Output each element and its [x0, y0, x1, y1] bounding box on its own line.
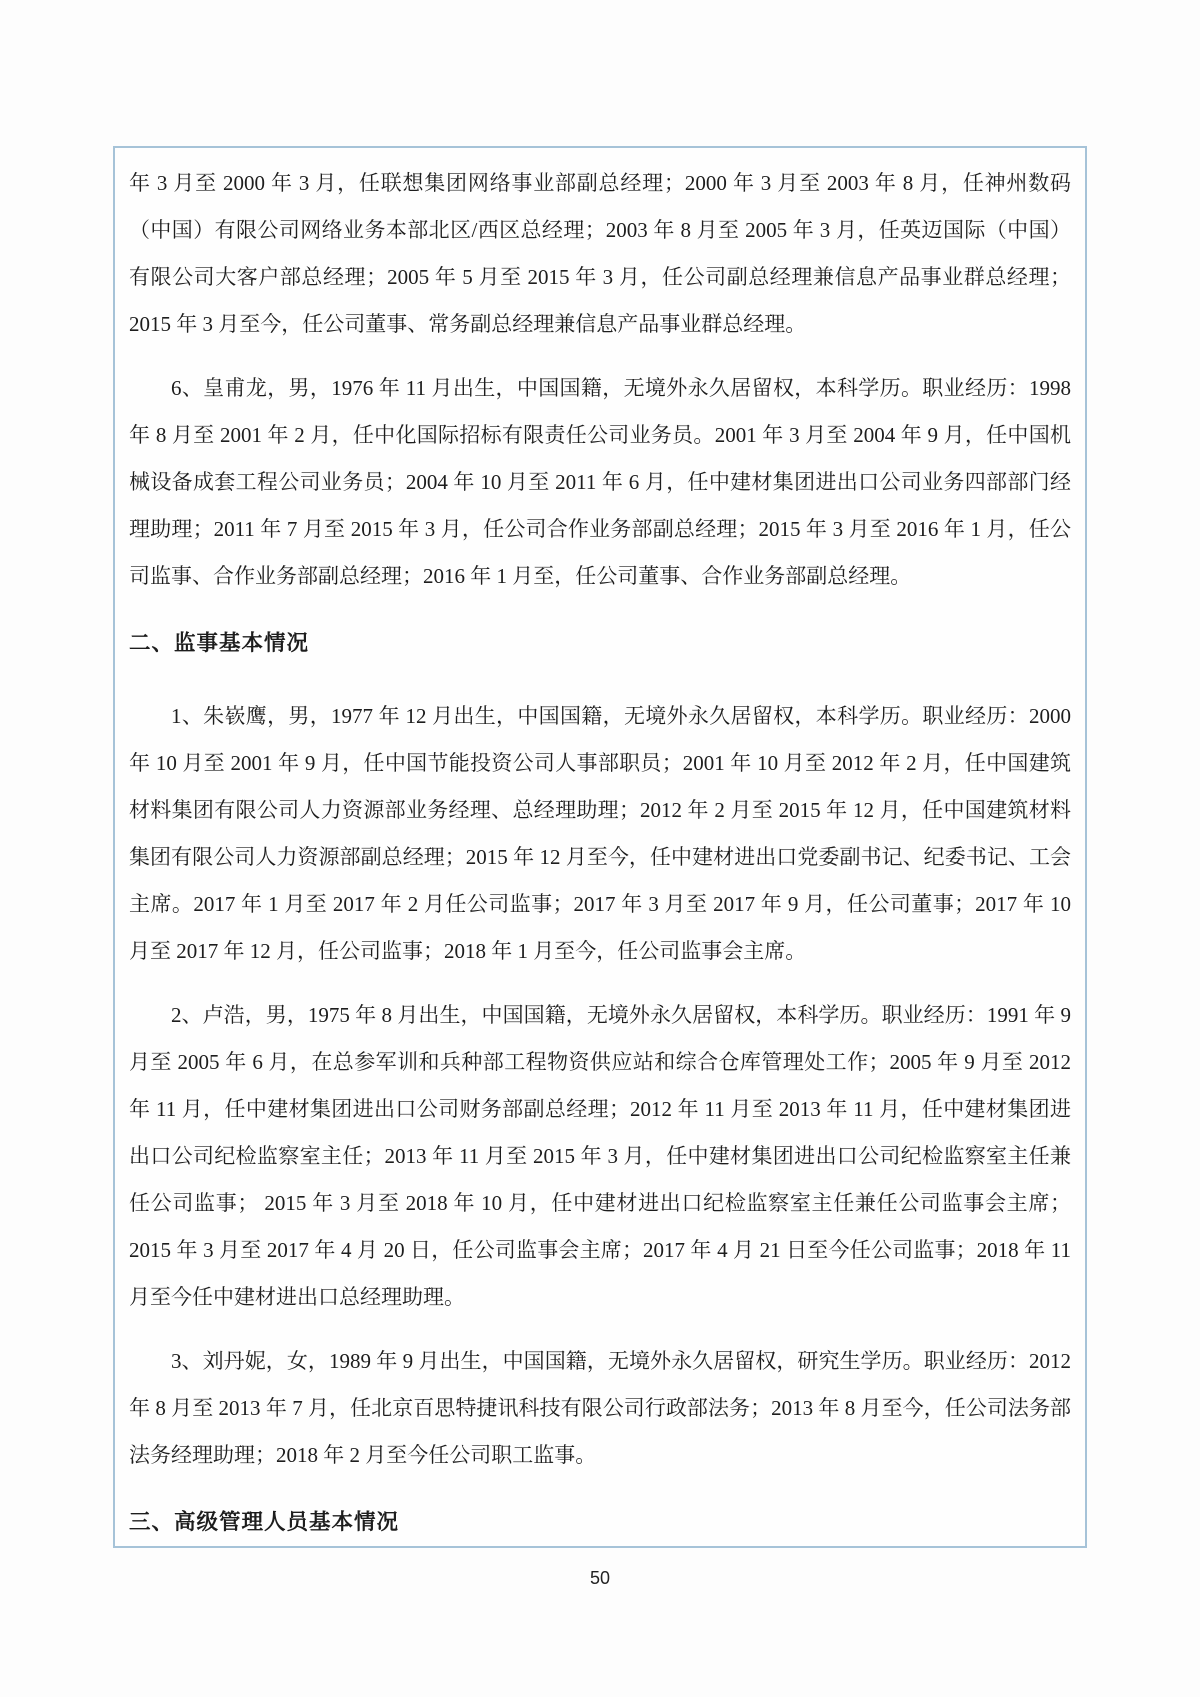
- paragraph-supervisor-2-luhao: 2、卢浩，男，1975 年 8 月出生，中国国籍，无境外永久居留权，本科学历。职…: [129, 992, 1071, 1321]
- section-heading-supervisors: 二、监事基本情况: [129, 620, 1071, 667]
- document-page: { "document": { "blocks": [ { "type": "p…: [0, 0, 1200, 1697]
- section-heading-senior-management: 三、高级管理人员基本情况: [129, 1499, 1071, 1546]
- document-border-frame: 年 3 月至 2000 年 3 月，任联想集团网络事业部副总经理；2000 年 …: [113, 146, 1087, 1548]
- page-number: 50: [0, 1568, 1200, 1589]
- paragraph-supervisor-3-liudanni: 3、刘丹妮，女，1989 年 9 月出生，中国国籍，无境外永久居留权，研究生学历…: [129, 1338, 1071, 1479]
- paragraph-director-6-huangfulong: 6、皇甫龙，男，1976 年 11 月出生，中国国籍，无境外永久居留权，本科学历…: [129, 365, 1071, 600]
- paragraph-director-continued: 年 3 月至 2000 年 3 月，任联想集团网络事业部副总经理；2000 年 …: [129, 160, 1071, 348]
- paragraph-supervisor-1-zhuqinying: 1、朱嵚鹰，男，1977 年 12 月出生，中国国籍，无境外永久居留权，本科学历…: [129, 693, 1071, 975]
